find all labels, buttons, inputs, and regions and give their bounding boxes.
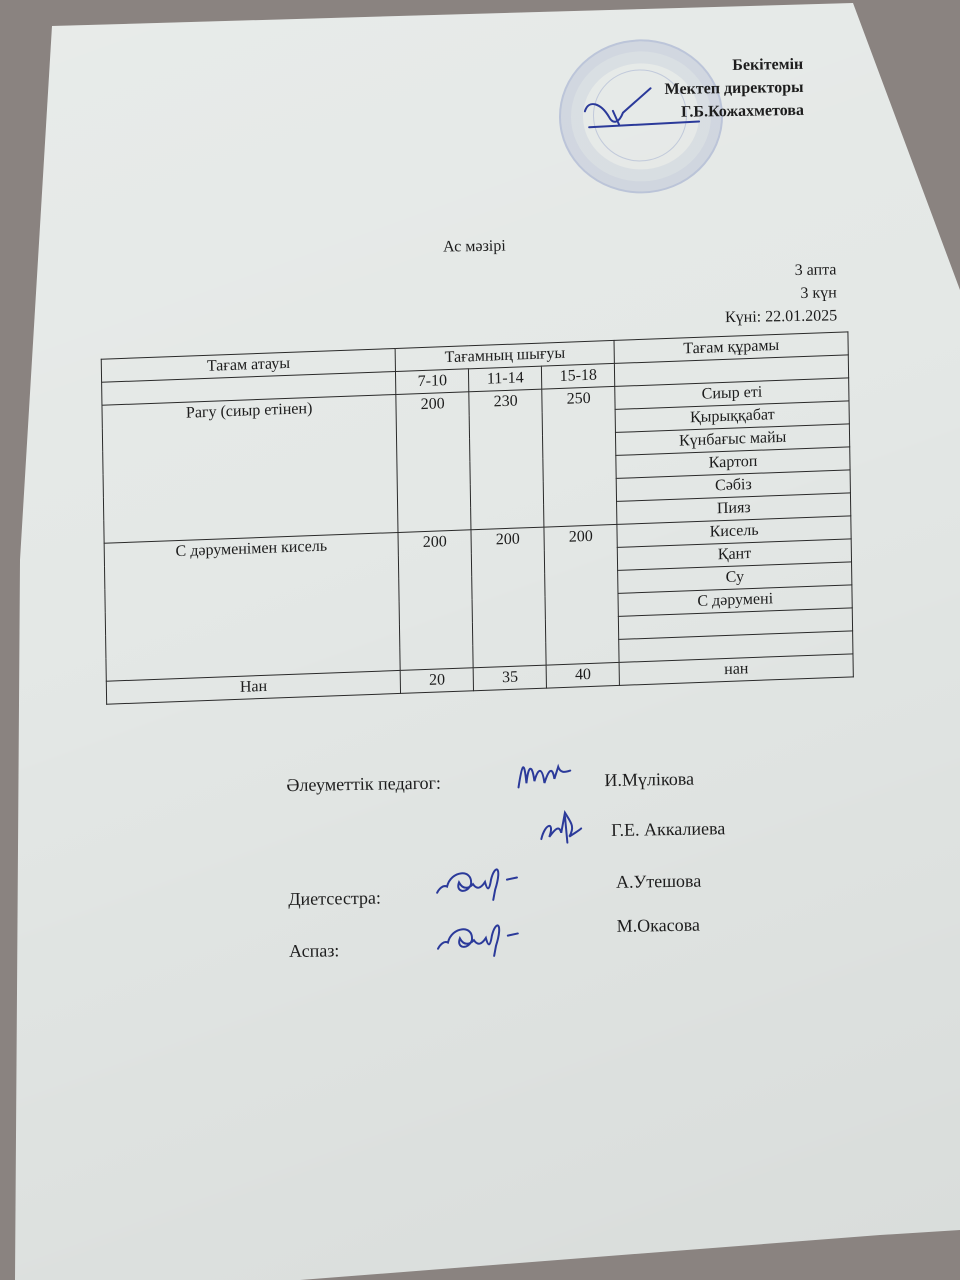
document-content: Бекітемін Мектеп директоры Г.Б.Кожахмето…: [0, 0, 960, 1280]
portion-15-18: 250: [542, 386, 617, 527]
signature-scribble-icon: [535, 802, 586, 847]
signature-name: Г.Е. Аккалиева: [611, 818, 725, 841]
portion-15-18: 40: [546, 662, 619, 688]
signature-name: И.Мүлікова: [604, 769, 694, 791]
portion-11-14: 200: [471, 527, 546, 668]
portion-7-10: 20: [400, 668, 473, 694]
header-age-11-14: 11-14: [469, 366, 542, 392]
portion-11-14: 35: [473, 665, 546, 691]
day-label: 3 күн: [724, 281, 836, 306]
approval-line-2: Мектеп директоры: [664, 76, 803, 101]
portion-7-10: 200: [396, 392, 471, 533]
date-label: Күні: 22.01.2025: [725, 304, 837, 329]
portion-7-10: 200: [398, 530, 473, 671]
signature-scribble-icon: [434, 915, 545, 961]
portion-11-14: 230: [469, 389, 544, 530]
signature-role: Диетсестра:: [288, 888, 381, 910]
approval-block: Бекітемін Мектеп директоры Г.Б.Кожахмето…: [664, 53, 804, 124]
header-age-7-10: 7-10: [396, 369, 469, 395]
dish-name: Рагу (сиыр етінен): [102, 394, 398, 543]
signature-scribble-icon: [514, 753, 575, 798]
dish-name: С дәруменімен кисель: [104, 532, 400, 681]
approval-line-1: Бекітемін: [664, 53, 803, 78]
signature-name: А.Утешова: [616, 871, 702, 893]
approval-line-3: Г.Б.Кожахметова: [665, 99, 804, 124]
portion-15-18: 200: [544, 524, 619, 665]
signature-name: М.Окасова: [617, 915, 701, 937]
header-age-15-18: 15-18: [542, 363, 615, 389]
menu-table: Тағам атауы Тағамның шығуы Тағам құрамы …: [101, 331, 854, 704]
signature-scribble-icon: [433, 859, 544, 905]
week-label: 3 апта: [724, 258, 836, 283]
signature-role: Әлеуметтік педагог:: [286, 773, 441, 796]
document-title: Ас мәзірі: [443, 238, 506, 257]
document-meta: 3 апта 3 күн Күні: 22.01.2025: [724, 258, 837, 329]
signature-role: Аспаз:: [289, 940, 340, 962]
